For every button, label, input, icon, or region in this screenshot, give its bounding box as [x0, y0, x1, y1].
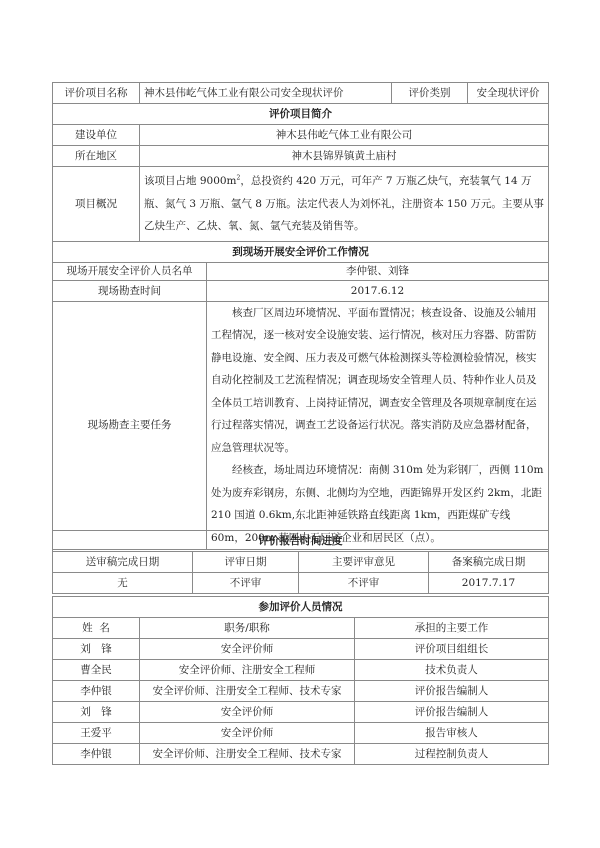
- schedule-header: 主要评审意见: [299, 552, 429, 573]
- personnel-row: 刘 锋 安全评价师 评价项目组组长: [53, 639, 549, 660]
- evaluation-type-value: 安全现状评价: [468, 83, 549, 104]
- person-title: 安全评价师、注册安全工程师、技术专家: [140, 681, 355, 702]
- personnel-row: 李仲银 安全评价师、注册安全工程师、技术专家 评价报告编制人: [53, 681, 549, 702]
- personnel-row: 王爱平 安全评价师 报告审核人: [53, 723, 549, 744]
- survey-time-label: 现场勘查时间: [53, 280, 207, 301]
- section-title-personnel: 参加评价人员情况: [53, 597, 549, 618]
- personnel-row: 刘 锋 安全评价师 评价报告编制人: [53, 702, 549, 723]
- region-label: 所在地区: [53, 146, 140, 167]
- survey-tasks-value: 核查厂区周边环境情况、平面布置情况；核查设备、设施及公辅用工程情况，逐一核对安全…: [207, 301, 549, 550]
- person-title: 安全评价师: [140, 639, 355, 660]
- overview-text-start: 该项目占地 9000m: [144, 175, 237, 187]
- survey-tasks-paragraph-1: 核查厂区周边环境情况、平面布置情况；核查设备、设施及公辅用工程情况，逐一核对安全…: [211, 302, 544, 460]
- person-role: 评价项目组组长: [355, 639, 549, 660]
- schedule-header-row: 送审稿完成日期 评审日期 主要评审意见 备案稿完成日期: [53, 552, 549, 573]
- personnel-table: 参加评价人员情况 姓 名 职务/职称 承担的主要工作 刘 锋 安全评价师 评价项…: [52, 596, 549, 765]
- person-title: 安全评价师、注册安全工程师: [140, 660, 355, 681]
- person-role: 报告审核人: [355, 723, 549, 744]
- person-name: 刘 锋: [53, 639, 140, 660]
- personnel-header-title: 职务/职称: [140, 618, 355, 639]
- project-name-label: 评价项目名称: [53, 83, 140, 104]
- staff-list-value: 李仲银、刘锋: [207, 262, 549, 280]
- person-name: 李仲银: [53, 681, 140, 702]
- schedule-value: 不评审: [299, 573, 429, 594]
- personnel-row: 李仲银 安全评价师、注册安全工程师、技术专家 过程控制负责人: [53, 744, 549, 765]
- person-role: 评价报告编制人: [355, 681, 549, 702]
- schedule-header: 备案稿完成日期: [429, 552, 549, 573]
- person-role: 技术负责人: [355, 660, 549, 681]
- survey-tasks-label: 现场勘查主要任务: [53, 301, 207, 550]
- personnel-row: 曹全民 安全评价师、注册安全工程师 技术负责人: [53, 660, 549, 681]
- schedule-value: 不评审: [193, 573, 299, 594]
- section-title-schedule: 评价报告时间进度: [53, 531, 549, 552]
- schedule-table: 评价报告时间进度 送审稿完成日期 评审日期 主要评审意见 备案稿完成日期 无 不…: [52, 530, 549, 594]
- overview-value: 该项目占地 9000m2，总投资约 420 万元，可年产 7 万瓶乙炔气，充装氧…: [140, 167, 549, 242]
- personnel-header-row: 姓 名 职务/职称 承担的主要工作: [53, 618, 549, 639]
- staff-list-label: 现场开展安全评价人员名单: [53, 262, 207, 280]
- overview-label: 项目概况: [53, 167, 140, 242]
- construction-unit-label: 建设单位: [53, 125, 140, 146]
- person-role: 评价报告编制人: [355, 702, 549, 723]
- survey-time-value: 2017.6.12: [207, 280, 549, 301]
- project-name-row: 评价项目名称 神木县伟屹气体工业有限公司安全现状评价 评价类别 安全现状评价: [53, 83, 549, 104]
- person-title: 安全评价师: [140, 702, 355, 723]
- section-title-site-work: 到现场开展安全评价工作情况: [53, 241, 549, 262]
- schedule-header: 评审日期: [193, 552, 299, 573]
- construction-unit-value: 神木县伟屹气体工业有限公司: [140, 125, 549, 146]
- schedule-value-row: 无 不评审 不评审 2017.7.17: [53, 573, 549, 594]
- person-name: 刘 锋: [53, 702, 140, 723]
- schedule-value: 2017.7.17: [429, 573, 549, 594]
- evaluation-info-table: 评价项目名称 神木县伟屹气体工业有限公司安全现状评价 评价类别 安全现状评价 评…: [52, 82, 549, 550]
- personnel-header-name: 姓 名: [53, 618, 140, 639]
- schedule-header: 送审稿完成日期: [53, 552, 193, 573]
- personnel-header-role: 承担的主要工作: [355, 618, 549, 639]
- region-value: 神木县锦界镇黄土庙村: [140, 146, 549, 167]
- person-name: 王爱平: [53, 723, 140, 744]
- project-name-value: 神木县伟屹气体工业有限公司安全现状评价: [140, 83, 392, 104]
- person-title: 安全评价师: [140, 723, 355, 744]
- person-role: 过程控制负责人: [355, 744, 549, 765]
- evaluation-type-label: 评价类别: [392, 83, 468, 104]
- person-title: 安全评价师、注册安全工程师、技术专家: [140, 744, 355, 765]
- schedule-value: 无: [53, 573, 193, 594]
- person-name: 曹全民: [53, 660, 140, 681]
- section-title-intro: 评价项目简介: [53, 104, 549, 125]
- person-name: 李仲银: [53, 744, 140, 765]
